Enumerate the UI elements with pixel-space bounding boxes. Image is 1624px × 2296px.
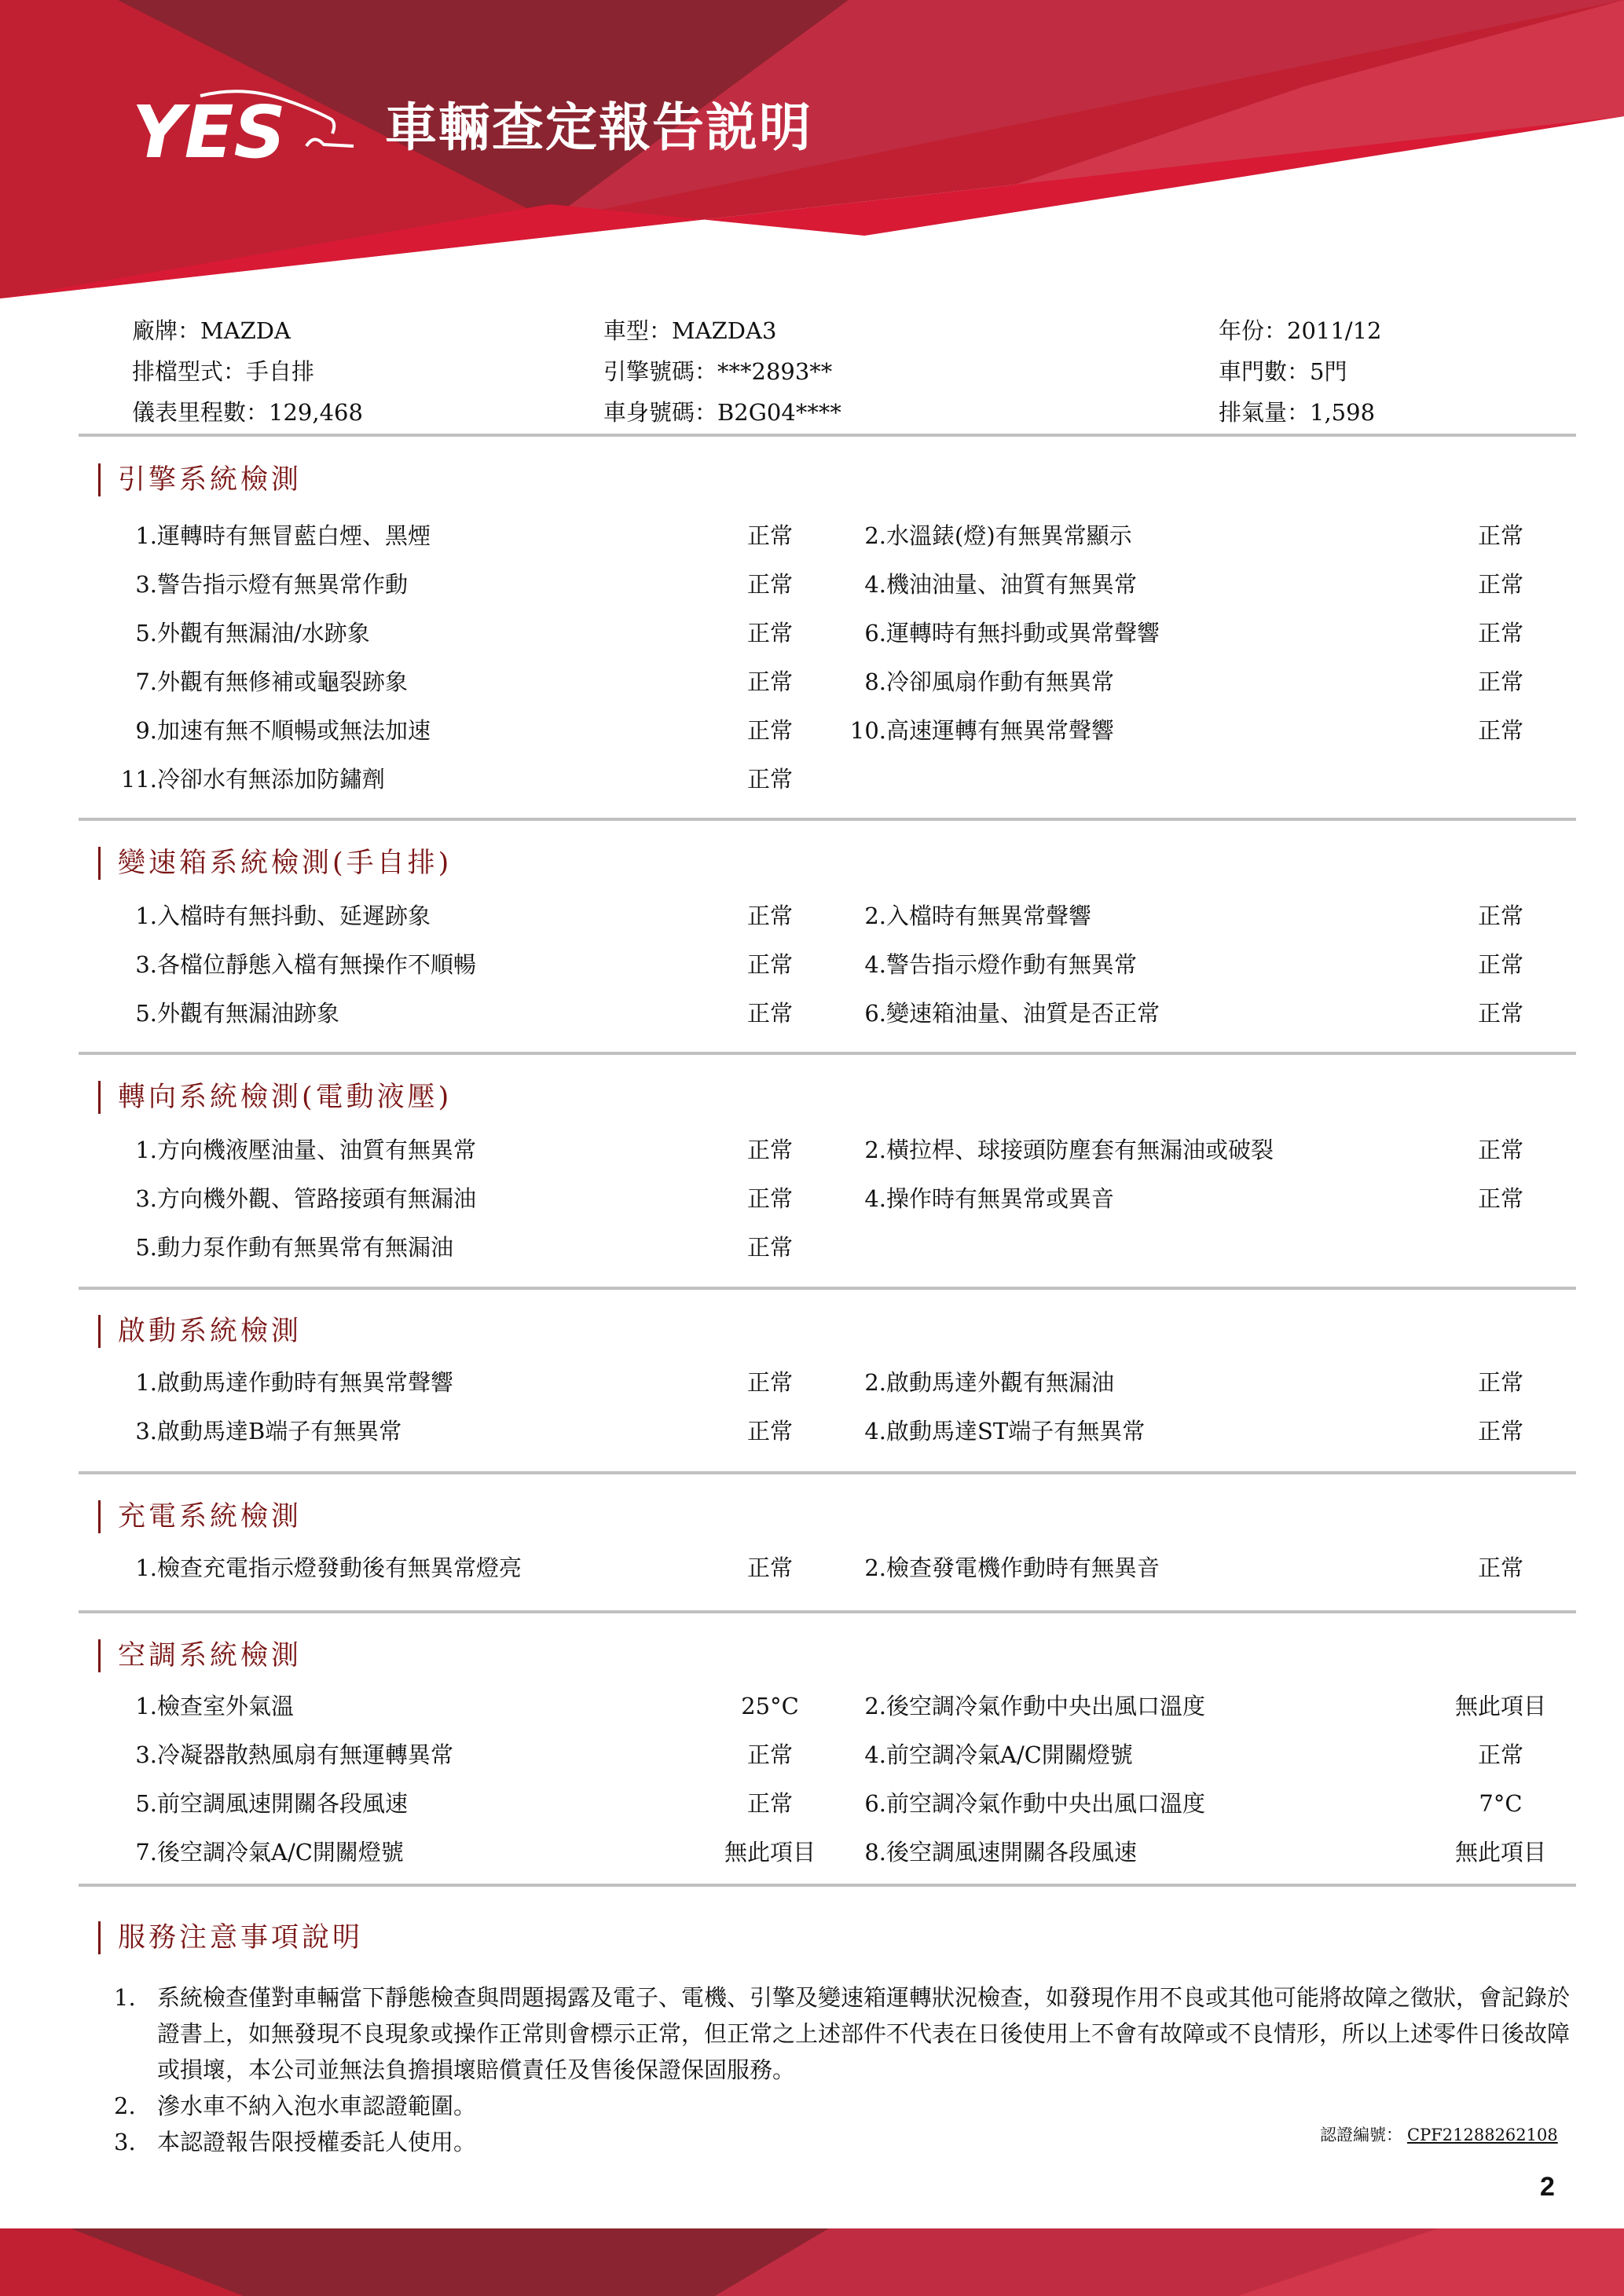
certification-number: 認證編號：CPF21288262108 — [1320, 2122, 1563, 2146]
item-label: 方向機外觀、管路接頭有無漏油 — [157, 1185, 476, 1212]
item-label: 入檔時有無抖動、延遲跡象 — [157, 903, 431, 929]
inspection-item: 1.檢查充電指示燈發動後有無異常燈亮 — [110, 1552, 707, 1584]
inspection-item: 6.運轉時有無抖動或異常聲響 — [839, 617, 1436, 649]
inspection-item: 1.入檔時有無抖動、延遲跡象 — [110, 900, 707, 932]
item-result: 25°C — [715, 1690, 825, 1722]
item-result: 正常 — [715, 1739, 825, 1771]
item-result: 正常 — [1446, 715, 1556, 746]
item-number: 6. — [839, 1788, 886, 1819]
brand-field: 廠牌：MAZDA — [132, 310, 291, 351]
divider — [79, 1471, 1576, 1474]
info-row: 廠牌：MAZDA 車型：MAZDA3 年份：2011/12 — [132, 310, 1578, 351]
vehicle-info: 廠牌：MAZDA 車型：MAZDA3 年份：2011/12 排檔型式：手自排 引… — [132, 310, 1578, 433]
section-title: 變速箱系統檢測(手自排) — [98, 847, 452, 880]
item-label: 機油油量、油質有無異常 — [886, 571, 1137, 598]
note-number: 1. — [114, 1979, 136, 2016]
section-title: 轉向系統檢測(電動液壓) — [98, 1081, 452, 1114]
inspection-row: 3.各檔位靜態入檔有無操作不順暢正常4.警告指示燈作動有無異常正常 — [0, 949, 1624, 980]
item-label: 運轉時有無冒藍白煙、黑煙 — [157, 522, 431, 549]
cert-value: CPF21288262108 — [1402, 2126, 1563, 2144]
section-title: 啟動系統檢測 — [98, 1315, 302, 1348]
inspection-row: 5.外觀有無漏油/水跡象正常6.運轉時有無抖動或異常聲響正常 — [0, 617, 1624, 649]
item-number: 1. — [110, 520, 157, 551]
inspection-item: 4.機油油量、油質有無異常 — [839, 569, 1436, 600]
item-number: 3. — [110, 1415, 157, 1447]
inspection-row: 1.入檔時有無抖動、延遲跡象正常2.入檔時有無異常聲響正常 — [0, 900, 1624, 932]
item-number: 9. — [110, 715, 157, 746]
inspection-row: 5.動力泵作動有無異常有無漏油正常 — [0, 1232, 1624, 1263]
transmission-field: 排檔型式：手自排 — [132, 351, 314, 392]
inspection-item: 2.後空調冷氣作動中央出風口溫度 — [839, 1690, 1436, 1722]
inspection-row: 5.外觀有無漏油跡象正常6.變速箱油量、油質是否正常正常 — [0, 998, 1624, 1029]
inspection-item: 8.冷卻風扇作動有無異常 — [839, 666, 1436, 698]
item-result: 無此項目 — [715, 1836, 825, 1868]
inspection-row: 5.前空調風速開關各段風速正常6.前空調冷氣作動中央出風口溫度7°C — [0, 1788, 1624, 1819]
item-number: 8. — [839, 1836, 886, 1868]
item-label: 啟動馬達外觀有無漏油 — [886, 1369, 1114, 1396]
item-label: 警告指示燈有無異常作動 — [157, 571, 408, 598]
item-label: 外觀有無漏油跡象 — [157, 1000, 339, 1027]
vin-field: 車身號碼：B2G04**** — [603, 392, 841, 433]
inspection-item: 8.後空調風速開關各段風速 — [839, 1836, 1436, 1868]
item-label: 前空調冷氣A/C開關燈號 — [886, 1741, 1133, 1768]
inspection-item: 2.橫拉桿、球接頭防塵套有無漏油或破裂 — [839, 1134, 1436, 1166]
inspection-item: 1.方向機液壓油量、油質有無異常 — [110, 1134, 707, 1166]
item-number: 1. — [110, 1367, 157, 1398]
inspection-item: 3.啟動馬達B端子有無異常 — [110, 1415, 707, 1447]
inspection-item: 11.冷卻水有無添加防鏽劑 — [110, 764, 707, 795]
item-result: 正常 — [1446, 520, 1556, 551]
item-number: 1. — [110, 1134, 157, 1166]
item-label: 啟動馬達作動時有無異常聲響 — [157, 1369, 453, 1396]
inspection-row: 1.啟動馬達作動時有無異常聲響正常2.啟動馬達外觀有無漏油正常 — [0, 1367, 1624, 1398]
inspection-row: 1.方向機液壓油量、油質有無異常正常2.橫拉桿、球接頭防塵套有無漏油或破裂正常 — [0, 1134, 1624, 1166]
inspection-item: 10.高速運轉有無異常聲響 — [839, 715, 1436, 746]
info-row: 排檔型式：手自排 引擎號碼：***2893** 車門數：5門 — [132, 351, 1578, 392]
divider — [79, 1884, 1576, 1887]
section-title: 充電系統檢測 — [98, 1500, 302, 1533]
item-number: 10. — [839, 715, 886, 746]
item-label: 啟動馬達ST端子有無異常 — [886, 1418, 1145, 1445]
inspection-item: 2.入檔時有無異常聲響 — [839, 900, 1436, 932]
item-label: 前空調風速開關各段風速 — [157, 1790, 408, 1817]
item-number: 5. — [110, 998, 157, 1029]
item-label: 水溫錶(燈)有無異常顯示 — [886, 522, 1132, 549]
inspection-row: 1.運轉時有無冒藍白煙、黑煙正常2.水溫錶(燈)有無異常顯示正常 — [0, 520, 1624, 551]
item-label: 動力泵作動有無異常有無漏油 — [157, 1234, 453, 1261]
item-result: 正常 — [1446, 1183, 1556, 1214]
divider — [79, 1287, 1576, 1290]
item-result: 正常 — [1446, 1367, 1556, 1398]
item-number: 2. — [839, 1367, 886, 1398]
item-result: 無此項目 — [1446, 1690, 1556, 1722]
inspection-item: 4.操作時有無異常或異音 — [839, 1183, 1436, 1214]
inspection-row: 3.冷凝器散熱風扇有無運轉異常正常4.前空調冷氣A/C開關燈號正常 — [0, 1739, 1624, 1771]
item-number: 5. — [110, 1232, 157, 1263]
divider — [79, 818, 1576, 821]
inspection-item: 2.水溫錶(燈)有無異常顯示 — [839, 520, 1436, 551]
item-label: 各檔位靜態入檔有無操作不順暢 — [157, 951, 476, 978]
inspection-row: 7.後空調冷氣A/C開關燈號無此項目8.後空調風速開關各段風速無此項目 — [0, 1836, 1624, 1868]
item-label: 前空調冷氣作動中央出風口溫度 — [886, 1790, 1205, 1817]
inspection-row: 3.啟動馬達B端子有無異常正常4.啟動馬達ST端子有無異常正常 — [0, 1415, 1624, 1447]
item-result: 正常 — [1446, 666, 1556, 698]
divider — [79, 1052, 1576, 1055]
svg-text:YES: YES — [132, 90, 286, 174]
item-label: 冷凝器散熱風扇有無運轉異常 — [157, 1741, 453, 1768]
note-item: 1. 系統檢查僅對車輛當下靜態檢查與問題揭露及電子、電機、引擎及變速箱運轉狀況檢… — [114, 1979, 1575, 2088]
item-result: 正常 — [715, 666, 825, 698]
year-field: 年份：2011/12 — [1219, 310, 1381, 351]
inspection-item: 6.變速箱油量、油質是否正常 — [839, 998, 1436, 1029]
item-result: 正常 — [715, 1552, 825, 1584]
item-label: 方向機液壓油量、油質有無異常 — [157, 1137, 476, 1163]
item-label: 後空調冷氣A/C開關燈號 — [157, 1839, 404, 1866]
note-item: 2. 滲水車不納入泡水車認證範圍。 — [114, 2088, 1575, 2124]
item-number: 4. — [839, 569, 886, 600]
section-title: 引擎系統檢測 — [98, 463, 302, 496]
item-result: 正常 — [1446, 1739, 1556, 1771]
item-number: 6. — [839, 998, 886, 1029]
item-label: 警告指示燈作動有無異常 — [886, 951, 1137, 978]
item-number: 4. — [839, 949, 886, 980]
item-result: 正常 — [1446, 569, 1556, 600]
item-result: 正常 — [715, 1415, 825, 1447]
item-number: 1. — [110, 1552, 157, 1584]
inspection-item: 3.冷凝器散熱風扇有無運轉異常 — [110, 1739, 707, 1771]
item-result: 正常 — [715, 1134, 825, 1166]
item-result: 正常 — [1446, 617, 1556, 649]
item-result: 無此項目 — [1446, 1836, 1556, 1868]
model-field: 車型：MAZDA3 — [603, 310, 776, 351]
item-result: 正常 — [1446, 1415, 1556, 1447]
item-number: 1. — [110, 900, 157, 932]
item-result: 正常 — [1446, 1134, 1556, 1166]
item-label: 橫拉桿、球接頭防塵套有無漏油或破裂 — [886, 1137, 1274, 1163]
note-number: 2. — [114, 2088, 136, 2124]
inspection-item: 5.外觀有無漏油跡象 — [110, 998, 707, 1029]
divider — [79, 434, 1576, 437]
inspection-item: 3.警告指示燈有無異常作動 — [110, 569, 707, 600]
page-number: 2 — [1540, 2172, 1555, 2203]
engine-number-field: 引擎號碼：***2893** — [603, 351, 832, 392]
item-label: 冷卻風扇作動有無異常 — [886, 668, 1114, 695]
inspection-item: 6.前空調冷氣作動中央出風口溫度 — [839, 1788, 1436, 1819]
item-number: 2. — [839, 900, 886, 932]
note-text: 系統檢查僅對車輛當下靜態檢查與問題揭露及電子、電機、引擎及變速箱運轉狀況檢查，如… — [157, 1984, 1570, 2083]
inspection-item: 7.外觀有無修補或龜裂跡象 — [110, 666, 707, 698]
item-label: 變速箱油量、油質是否正常 — [886, 1000, 1160, 1027]
inspection-item: 5.外觀有無漏油/水跡象 — [110, 617, 707, 649]
doors-field: 車門數：5門 — [1219, 351, 1347, 392]
inspection-item: 5.動力泵作動有無異常有無漏油 — [110, 1232, 707, 1263]
inspection-item: 2.啟動馬達外觀有無漏油 — [839, 1367, 1436, 1398]
divider — [79, 1610, 1576, 1613]
item-label: 外觀有無漏油/水跡象 — [157, 620, 370, 646]
item-result: 正常 — [715, 1183, 825, 1214]
document-title: 車輛查定報告説明 — [385, 97, 812, 159]
inspection-item — [839, 1232, 1436, 1263]
item-label: 檢查充電指示燈發動後有無異常燈亮 — [157, 1554, 522, 1581]
note-text: 本認證報告限授權委託人使用。 — [157, 2129, 476, 2155]
item-result: 正常 — [715, 617, 825, 649]
item-number: 4. — [839, 1415, 886, 1447]
item-result: 正常 — [715, 520, 825, 551]
item-number: 2. — [839, 1552, 886, 1584]
item-number: 3. — [110, 949, 157, 980]
item-number: 3. — [110, 1183, 157, 1214]
item-label: 檢查室外氣溫 — [157, 1693, 294, 1719]
inspection-item: 1.運轉時有無冒藍白煙、黑煙 — [110, 520, 707, 551]
item-label: 冷卻水有無添加防鏽劑 — [157, 766, 385, 793]
inspection-item: 1.啟動馬達作動時有無異常聲響 — [110, 1367, 707, 1398]
item-label: 高速運轉有無異常聲響 — [886, 717, 1114, 744]
item-label: 運轉時有無抖動或異常聲響 — [886, 620, 1160, 646]
item-result: 正常 — [715, 569, 825, 600]
section-title-notes: 服務注意事項說明 — [98, 1921, 363, 1954]
item-result: 正常 — [715, 764, 825, 795]
item-number: 6. — [839, 617, 886, 649]
yes-logo-icon: YES — [126, 79, 361, 177]
note-number: 3. — [114, 2124, 136, 2160]
inspection-row: 11.冷卻水有無添加防鏽劑正常 — [0, 764, 1624, 795]
item-label: 加速有無不順暢或無法加速 — [157, 717, 431, 744]
item-label: 外觀有無修補或龜裂跡象 — [157, 668, 408, 695]
item-result: 正常 — [715, 715, 825, 746]
inspection-item: 1.檢查室外氣溫 — [110, 1690, 707, 1722]
item-number: 1. — [110, 1690, 157, 1722]
inspection-item: 7.後空調冷氣A/C開關燈號 — [110, 1836, 707, 1868]
item-number: 5. — [110, 617, 157, 649]
item-number: 5. — [110, 1788, 157, 1819]
item-result: 正常 — [715, 949, 825, 980]
inspection-row: 3.警告指示燈有無異常作動正常4.機油油量、油質有無異常正常 — [0, 569, 1624, 600]
inspection-row: 9.加速有無不順暢或無法加速正常10.高速運轉有無異常聲響正常 — [0, 715, 1624, 746]
inspection-item: 3.方向機外觀、管路接頭有無漏油 — [110, 1183, 707, 1214]
inspection-item: 9.加速有無不順暢或無法加速 — [110, 715, 707, 746]
inspection-item: 4.啟動馬達ST端子有無異常 — [839, 1415, 1436, 1447]
item-label: 後空調風速開關各段風速 — [886, 1839, 1137, 1866]
inspection-item: 3.各檔位靜態入檔有無操作不順暢 — [110, 949, 707, 980]
item-label: 啟動馬達B端子有無異常 — [157, 1418, 401, 1445]
item-number: 4. — [839, 1739, 886, 1771]
item-number: 3. — [110, 569, 157, 600]
cert-label: 認證編號： — [1320, 2126, 1402, 2144]
item-number: 3. — [110, 1739, 157, 1771]
inspection-item — [839, 764, 1436, 795]
inspection-row: 7.外觀有無修補或龜裂跡象正常8.冷卻風扇作動有無異常正常 — [0, 666, 1624, 698]
inspection-row: 3.方向機外觀、管路接頭有無漏油正常4.操作時有無異常或異音正常 — [0, 1183, 1624, 1214]
item-label: 入檔時有無異常聲響 — [886, 903, 1091, 929]
item-number: 7. — [110, 1836, 157, 1868]
item-number: 7. — [110, 666, 157, 698]
inspection-item: 5.前空調風速開關各段風速 — [110, 1788, 707, 1819]
item-number: 2. — [839, 520, 886, 551]
displacement-field: 排氣量：1,598 — [1219, 392, 1375, 433]
item-result: 正常 — [1446, 998, 1556, 1029]
inspection-row: 1.檢查充電指示燈發動後有無異常燈亮正常2.檢查發電機作動時有無異音正常 — [0, 1552, 1624, 1584]
item-result: 正常 — [715, 1788, 825, 1819]
item-label: 操作時有無異常或異音 — [886, 1185, 1114, 1212]
item-number: 4. — [839, 1183, 886, 1214]
item-result: 正常 — [1446, 900, 1556, 932]
footer-banner — [0, 2228, 1624, 2296]
item-number: 2. — [839, 1690, 886, 1722]
item-result: 正常 — [715, 1232, 825, 1263]
inspection-item: 4.前空調冷氣A/C開關燈號 — [839, 1739, 1436, 1771]
info-row: 儀表里程數：129,468 車身號碼：B2G04**** 排氣量：1,598 — [132, 392, 1578, 433]
item-number: 11. — [110, 764, 157, 795]
note-text: 滲水車不納入泡水車認證範圍。 — [157, 2093, 476, 2119]
item-number: 8. — [839, 666, 886, 698]
item-result: 正常 — [715, 1367, 825, 1398]
inspection-item: 2.檢查發電機作動時有無異音 — [839, 1552, 1436, 1584]
item-result: 正常 — [1446, 1552, 1556, 1584]
inspection-item: 4.警告指示燈作動有無異常 — [839, 949, 1436, 980]
section-title: 空調系統檢測 — [98, 1639, 302, 1672]
item-label: 檢查發電機作動時有無異音 — [886, 1554, 1160, 1581]
item-number: 2. — [839, 1134, 886, 1166]
item-result: 正常 — [715, 900, 825, 932]
item-label: 後空調冷氣作動中央出風口溫度 — [886, 1693, 1205, 1719]
inspection-row: 1.檢查室外氣溫25°C2.後空調冷氣作動中央出風口溫度無此項目 — [0, 1690, 1624, 1722]
item-result: 7°C — [1446, 1788, 1556, 1819]
item-result: 正常 — [1446, 949, 1556, 980]
item-result: 正常 — [715, 998, 825, 1029]
mileage-field: 儀表里程數：129,468 — [132, 392, 363, 433]
